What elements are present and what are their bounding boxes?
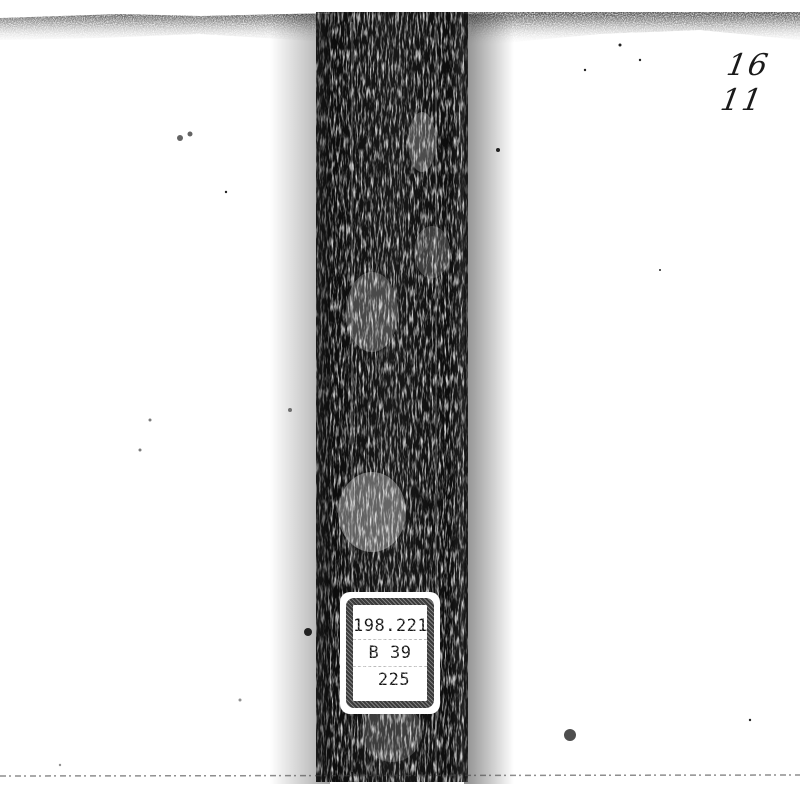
call-number-item: 225 — [353, 667, 427, 693]
call-number-label: 198.221 B 39 225 — [340, 592, 440, 714]
call-number-class: 198.221 — [353, 613, 427, 640]
call-number-label-frame: 198.221 B 39 225 — [346, 598, 434, 708]
scanned-page: 198.221 B 39 225 16 11 — [0, 0, 800, 800]
call-number-cutter: B 39 — [353, 640, 427, 667]
handwritten-number: 16 11 — [718, 48, 800, 118]
bottom-edge-line — [0, 770, 800, 782]
